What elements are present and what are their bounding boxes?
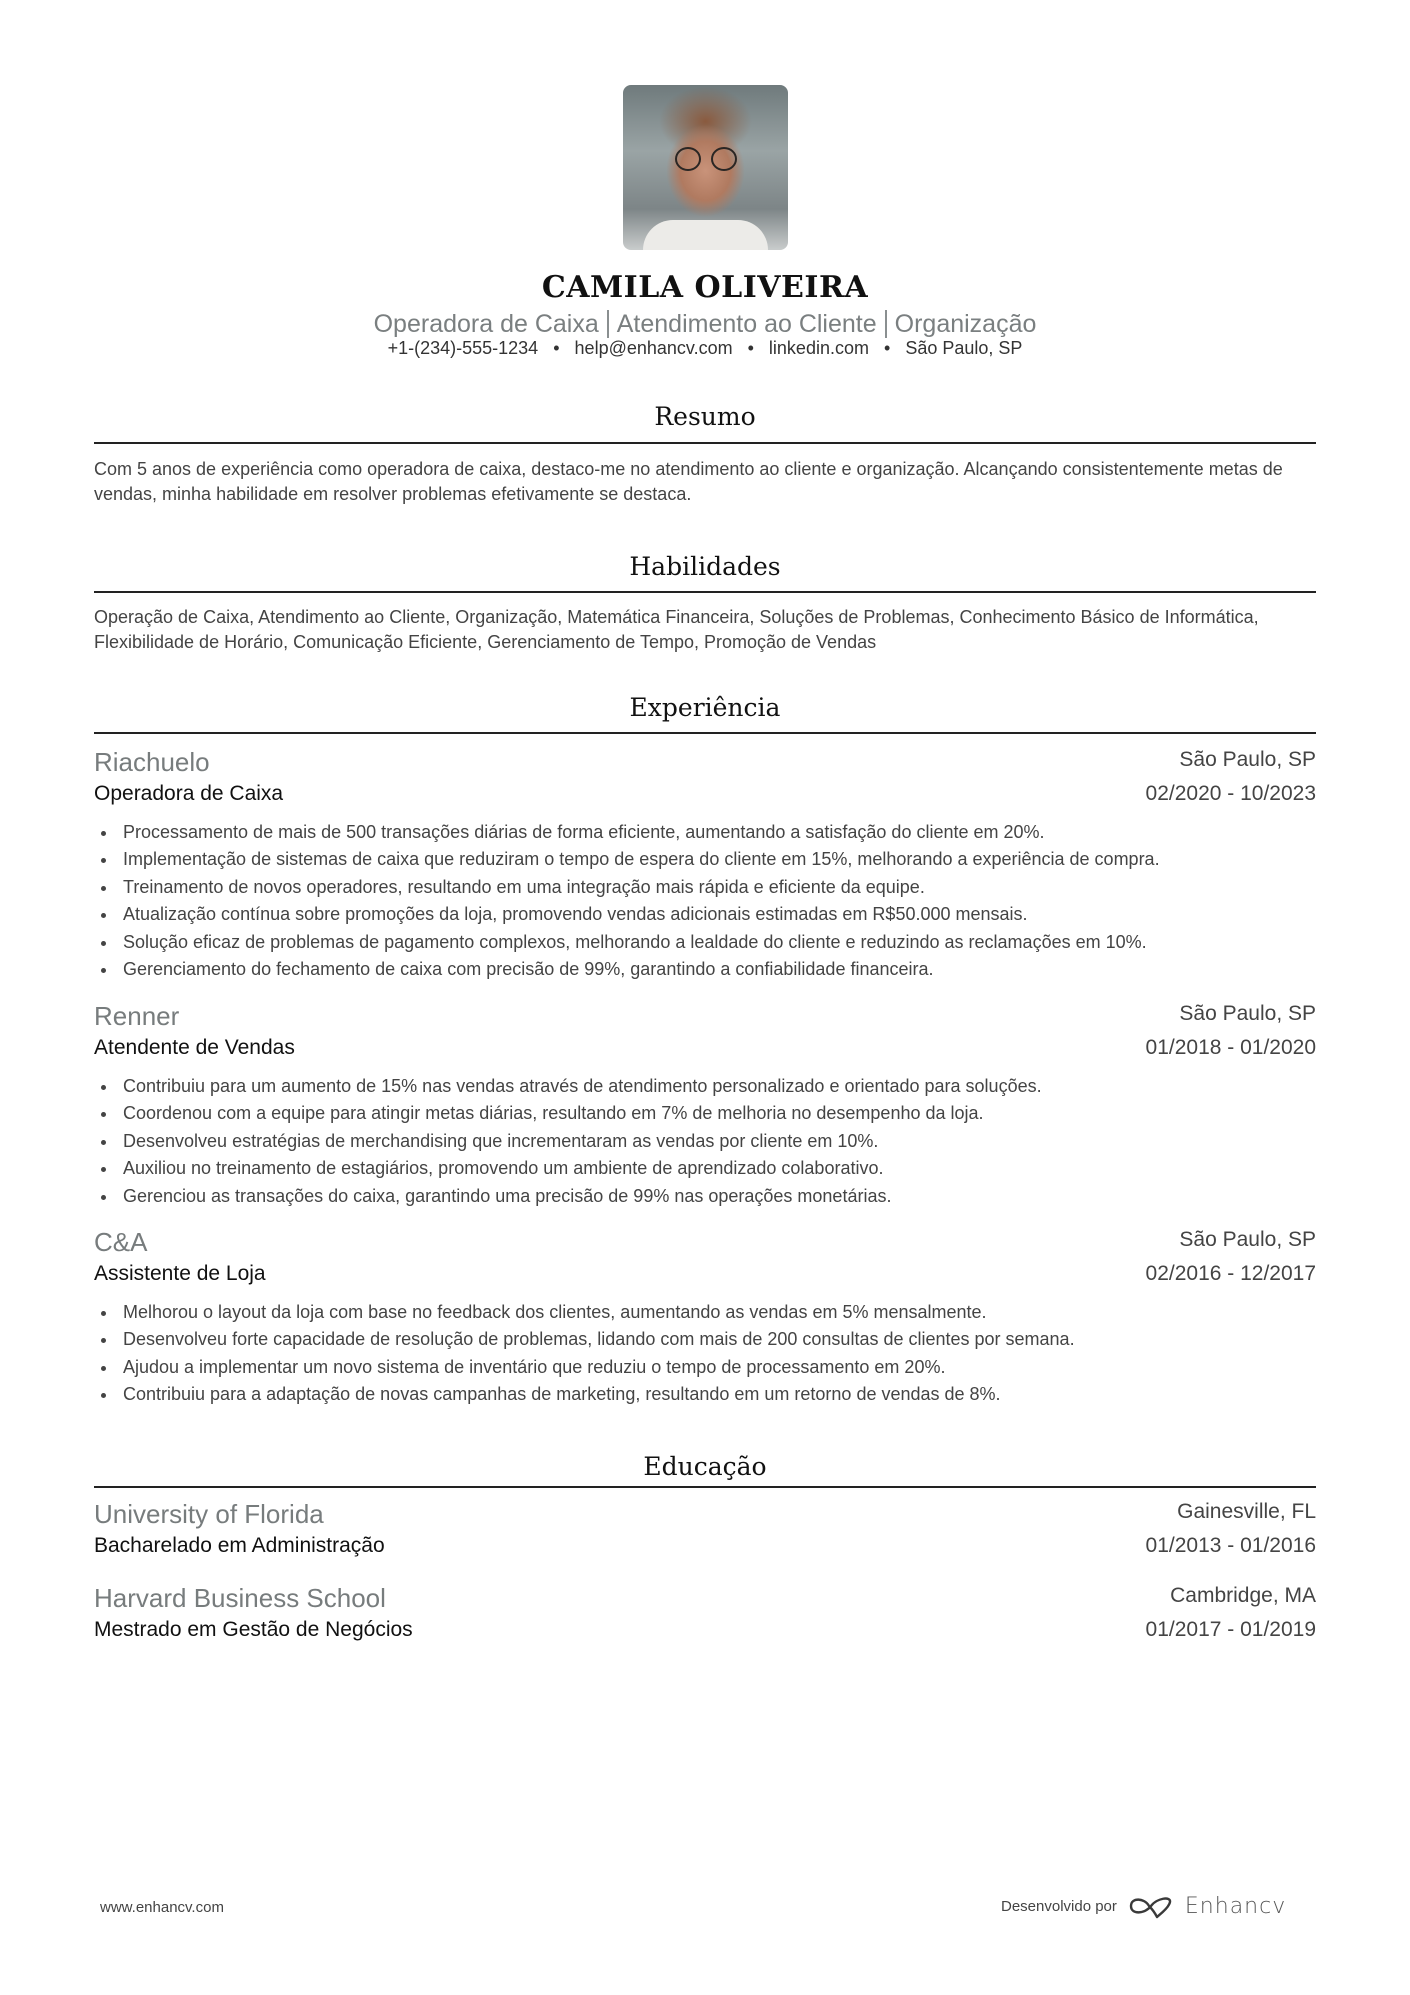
education-dates: 01/2013 - 01/2016 <box>1146 1531 1316 1561</box>
school-location: Cambridge, MA <box>1170 1581 1316 1611</box>
achievement-item: Desenvolveu forte capacidade de resoluçã… <box>94 1326 1316 1353</box>
job-location: São Paulo, SP <box>1179 1225 1316 1255</box>
section-divider <box>94 1486 1316 1488</box>
achievement-item: Processamento de mais de 500 transações … <box>94 819 1316 846</box>
footer-website-link[interactable]: www.enhancv.com <box>100 1899 224 1916</box>
achievement-item: Gerenciamento do fechamento de caixa com… <box>94 956 1316 983</box>
brand-name[interactable]: Enhancv <box>1185 1894 1286 1919</box>
achievement-item: Melhorou o layout da loja com base no fe… <box>94 1299 1316 1326</box>
job-dates: 01/2018 - 01/2020 <box>1146 1033 1316 1063</box>
achievement-item: Contribuiu para a adaptação de novas cam… <box>94 1381 1316 1408</box>
achievement-list: Melhorou o layout da loja com base no fe… <box>94 1299 1316 1409</box>
summary-text: Com 5 anos de experiência como operadora… <box>94 457 1316 507</box>
job-location: São Paulo, SP <box>1179 999 1316 1029</box>
education-entry: Harvard Business School Cambridge, MA Me… <box>94 1581 1316 1649</box>
bullet-separator: • <box>553 338 559 358</box>
skills-text: Operação de Caixa, Atendimento ao Client… <box>94 605 1316 655</box>
achievement-item: Coordenou com a equipe para atingir meta… <box>94 1100 1316 1127</box>
degree: Bacharelado em Administração <box>94 1531 385 1561</box>
section-divider <box>94 732 1316 734</box>
achievement-item: Desenvolveu estratégias de merchandising… <box>94 1128 1316 1155</box>
bullet-separator: • <box>884 338 890 358</box>
achievement-item: Ajudou a implementar um novo sistema de … <box>94 1354 1316 1381</box>
education-dates: 01/2017 - 01/2019 <box>1146 1615 1316 1645</box>
experience-entry: Riachuelo São Paulo, SP Operadora de Cai… <box>94 745 1316 983</box>
job-dates: 02/2016 - 12/2017 <box>1146 1259 1316 1289</box>
headline-part: Organização <box>895 310 1037 338</box>
achievement-item: Auxiliou no treinamento de estagiários, … <box>94 1155 1316 1182</box>
achievement-item: Atualização contínua sobre promoções da … <box>94 901 1316 928</box>
education-entry: University of Florida Gainesville, FL Ba… <box>94 1497 1316 1565</box>
enhancv-logo-icon <box>1127 1893 1175 1919</box>
achievement-item: Treinamento de novos operadores, resulta… <box>94 874 1316 901</box>
shirt-graphic <box>643 220 768 250</box>
contact-linkedin[interactable]: linkedin.com <box>769 338 869 358</box>
headline-divider <box>607 310 609 338</box>
contact-line: +1-(234)-555-1234 • help@enhancv.com • l… <box>94 337 1316 359</box>
job-role: Atendente de Vendas <box>94 1033 295 1063</box>
achievement-list: Processamento de mais de 500 transações … <box>94 819 1316 983</box>
experience-entry: C&A São Paulo, SP Assistente de Loja 02/… <box>94 1225 1316 1409</box>
powered-by-label: Desenvolvido por <box>1001 1898 1117 1915</box>
contact-location: São Paulo, SP <box>905 338 1022 358</box>
headline: Operadora de CaixaAtendimento ao Cliente… <box>94 309 1316 339</box>
achievement-list: Contribuiu para um aumento de 15% nas ve… <box>94 1073 1316 1210</box>
section-title-experience: Experiência <box>94 693 1316 723</box>
company-name: Renner <box>94 999 179 1033</box>
footer-branding: Desenvolvido por Enhancv <box>1001 1893 1286 1919</box>
job-role: Assistente de Loja <box>94 1259 266 1289</box>
degree: Mestrado em Gestão de Negócios <box>94 1615 413 1645</box>
candidate-name: CAMILA OLIVEIRA <box>94 270 1316 306</box>
section-divider <box>94 591 1316 593</box>
job-role: Operadora de Caixa <box>94 779 283 809</box>
achievement-item: Implementação de sistemas de caixa que r… <box>94 846 1316 873</box>
achievement-item: Contribuiu para um aumento de 15% nas ve… <box>94 1073 1316 1100</box>
contact-email[interactable]: help@enhancv.com <box>575 338 733 358</box>
achievement-item: Solução eficaz de problemas de pagamento… <box>94 929 1316 956</box>
bullet-separator: • <box>748 338 754 358</box>
school-name: Harvard Business School <box>94 1581 386 1615</box>
school-location: Gainesville, FL <box>1177 1497 1316 1527</box>
contact-phone: +1-(234)-555-1234 <box>388 338 539 358</box>
experience-entry: Renner São Paulo, SP Atendente de Vendas… <box>94 999 1316 1210</box>
headline-divider <box>885 310 887 338</box>
glasses-graphic <box>675 147 737 171</box>
section-divider <box>94 442 1316 444</box>
company-name: C&A <box>94 1225 147 1259</box>
job-location: São Paulo, SP <box>1179 745 1316 775</box>
section-title-summary: Resumo <box>94 402 1316 432</box>
company-name: Riachuelo <box>94 745 210 779</box>
section-title-skills: Habilidades <box>94 552 1316 582</box>
school-name: University of Florida <box>94 1497 324 1531</box>
headline-part: Operadora de Caixa <box>374 310 599 338</box>
job-dates: 02/2020 - 10/2023 <box>1146 779 1316 809</box>
achievement-item: Gerenciou as transações do caixa, garant… <box>94 1183 1316 1210</box>
profile-photo <box>623 85 788 250</box>
headline-part: Atendimento ao Cliente <box>617 310 877 338</box>
section-title-education: Educação <box>94 1452 1316 1482</box>
